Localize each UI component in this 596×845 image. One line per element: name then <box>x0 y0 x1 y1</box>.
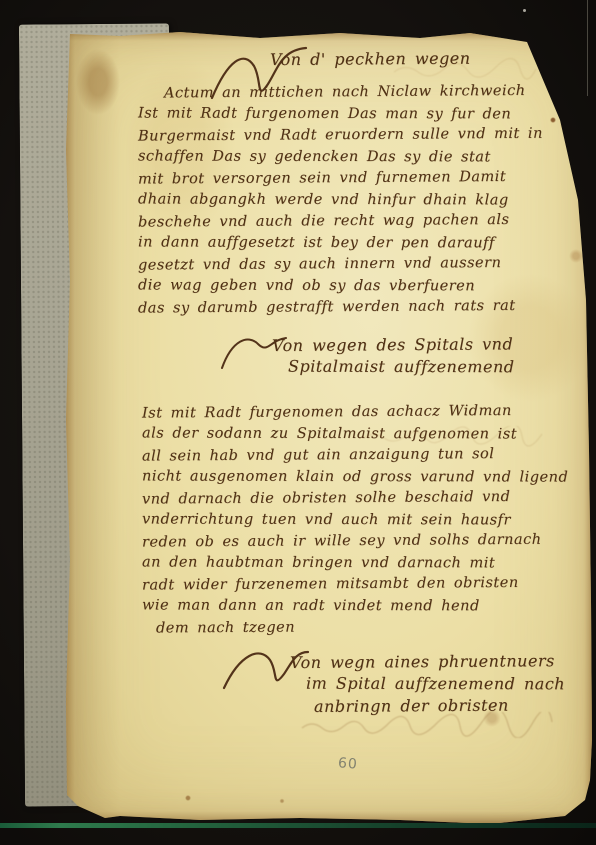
manuscript-text-line: reden ob es auch ir wille sey vnd solhs … <box>142 529 582 554</box>
heading-line: im Spital auffzenemend nach <box>306 673 580 696</box>
paragraph-bakers: Actum an mittichen nach Niclaw kirchweic… <box>138 82 578 319</box>
heading-line: Von wegn aines phruentnuers <box>290 650 580 674</box>
manuscript-text-line: radt wider furzenemen mitsambt den obris… <box>142 572 582 597</box>
section-heading-bakers: Von d' peckhen wegen <box>270 48 570 70</box>
manuscript-text-line: wie man dann an radt vindet mend hend <box>142 595 582 618</box>
manuscript-text-line: vnderrichtung tuen vnd auch mit sein hau… <box>142 509 582 532</box>
manuscript-text-line: schaffen Das sy gedencken Das sy die sta… <box>138 146 578 169</box>
folio-number-pencil: 60 <box>337 755 358 772</box>
manuscript-text-line: vnd darnach die obristen solhe beschaid … <box>142 486 582 511</box>
manuscript-text-line: Ist mit Radt furgenomen Das man sy fur d… <box>138 103 578 126</box>
manuscript-text-line: Burgermaist vnd Radt eruordern sulle vnd… <box>138 123 578 148</box>
manuscript-text-line: als der sodann zu Spitalmaist aufgenomen… <box>142 423 582 446</box>
manuscript-text-line: dhain abgangkh werde vnd hinfur dhain kl… <box>138 189 578 212</box>
manuscript-text-line: all sein hab vnd gut ain anzaigung tun s… <box>142 443 582 468</box>
heading-line: Von d' peckhen wegen <box>270 47 570 71</box>
manuscript-page: Von d' peckhen wegen Actum an mittichen … <box>60 28 594 826</box>
photograph-background: Von d' peckhen wegen Actum an mittichen … <box>0 0 596 845</box>
manuscript-text-line: gesetzt vnd das sy auch innern vnd ausse… <box>138 252 578 277</box>
heading-line: Spitalmaist auffzenemend <box>288 356 572 379</box>
manuscript-text-line: Ist mit Radt furgenomen das achacz Widma… <box>142 400 582 425</box>
dust-speck <box>523 9 526 12</box>
heading-line: Von wegen des Spitals vnd <box>272 333 572 357</box>
manuscript-text-line: mit brot versorgen sein vnd furnemen Dam… <box>138 166 578 191</box>
manuscript-text-line: die wag geben vnd ob sy das vberfueren <box>138 275 578 298</box>
scan-color-strip <box>0 823 596 828</box>
manuscript-text-line: Actum an mittichen nach Niclaw kirchweic… <box>164 81 578 105</box>
manuscript-text-line: beschehe vnd auch die recht wag pachen a… <box>138 209 578 234</box>
manuscript-text-line: an den haubtman bringen vnd darnach mit <box>142 552 582 575</box>
manuscript-text-line: nicht ausgenomen klain od gross varund v… <box>142 466 582 489</box>
manuscript-text-line: in dann auffgesetzt ist bey der pen dara… <box>138 232 578 255</box>
section-heading-prebendary: Von wegn aines phruentnuers im Spital au… <box>290 651 580 717</box>
paragraph-hospital-master: Ist mit Radt furgenomen das achacz Widma… <box>142 402 582 639</box>
manuscript-text-line: das sy darumb gestrafft werden nach rats… <box>138 295 578 320</box>
photo-edge-line <box>587 0 588 96</box>
heading-line: anbringn der obristen <box>314 694 580 718</box>
section-heading-hospital: Von wegen des Spitals vnd Spitalmaist au… <box>272 334 572 378</box>
manuscript-text-line: dem nach tzegen <box>156 616 582 640</box>
